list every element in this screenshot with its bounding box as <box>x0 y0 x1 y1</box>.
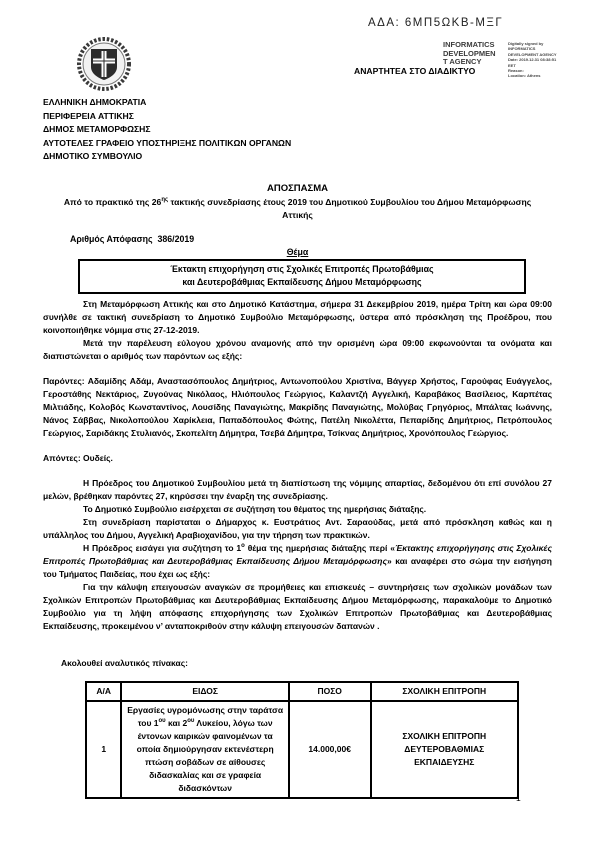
document-title: ΑΠΟΣΠΑΣΜΑ <box>0 183 595 194</box>
table-cell-kind: Εργασίες υγρομόνωσης στην ταράτσα του 1ο… <box>121 701 288 798</box>
letterhead-line-municipality: ΔΗΜΟΣ ΜΕΤΑΜΟΡΦΩΣΗΣ <box>43 123 291 137</box>
subject-line: Έκτακτη επιχορήγηση στις Σχολικές Επιτρο… <box>84 263 520 276</box>
subject-line: και Δευτεροβάθμιας Εκπαίδευσης Δήμου Μετ… <box>84 276 520 289</box>
paragraph-present-members: Παρόντες: Αδαμίδης Αδάμ, Αναστασόπουλος … <box>43 375 552 440</box>
digital-signature-agency: INFORMATICS DEVELOPMEN T AGENCY <box>443 41 505 67</box>
digital-signature-details: Digitally signed by INFORMATICS DEVELOPM… <box>508 41 592 79</box>
paragraph-mayor-attendance: Στη συνεδρίαση παρίσταται ο Δήμαρχος κ. … <box>43 516 552 542</box>
paragraph-session-opening: Στη Μεταμόρφωση Αττικής και στο Δημοτικό… <box>43 298 552 337</box>
paragraph-funding-request: Για την κάλυψη επειγουσών αναγκών σε προ… <box>43 581 552 633</box>
kind-text: Λυκείου, λόγω των έντονων καιρικών φαινο… <box>137 718 274 793</box>
signature-line: Location: Athens <box>508 73 592 78</box>
table-header-row: Α/Α ΕΙΔΟΣ ΠΟΣΟ ΣΧΟΛΙΚΗ ΕΠΙΤΡΟΠΗ <box>86 682 518 701</box>
letterhead-line-republic: ΕΛΛΗΝΙΚΗ ΔΗΜΟΚΡΑΤΙΑ <box>43 96 291 110</box>
document-body: Στη Μεταμόρφωση Αττικής και στο Δημοτικό… <box>43 298 552 670</box>
paragraph-absent-members: Απόντες: Ουδείς. <box>43 452 552 465</box>
publish-notice: ΑΝΑΡΤΗΤΕΑ ΣΤΟ ΔΙΑΔΙΚΤΥΟ <box>354 66 475 76</box>
paragraph-quorum: Η Πρόεδρος του Δημοτικού Συμβουλίου μετά… <box>43 477 552 503</box>
subject-box: Έκτακτη επιχορήγηση στις Σχολικές Επιτρο… <box>78 259 526 294</box>
greek-national-emblem-icon <box>76 36 132 92</box>
topic-text: Η Πρόεδρος εισάγει για συζήτηση το 1 <box>83 543 241 553</box>
page-number: 1 <box>516 793 521 803</box>
funding-table: Α/Α ΕΙΔΟΣ ΠΟΣΟ ΣΧΟΛΙΚΗ ΕΠΙΤΡΟΠΗ 1 Εργασί… <box>85 681 519 799</box>
table-header-committee: ΣΧΟΛΙΚΗ ΕΠΙΤΡΟΠΗ <box>371 682 518 701</box>
table-header-amount: ΠΟΣΟ <box>289 682 371 701</box>
ada-code: ΑΔΑ: 6ΜΠ5ΩΚΒ-ΜΞΓ <box>368 17 503 29</box>
table-header-index: Α/Α <box>86 682 121 701</box>
table-cell-committee: ΣΧΟΛΙΚΗ ΕΠΙΤΡΟΠΗ ΔΕΥΤΕΡΟΒΑΘΜΙΑΣ ΕΚΠΑΙΔΕΥ… <box>371 701 518 798</box>
paragraph-roll-call: Μετά την παρέλευση εύλογου χρόνου αναμον… <box>43 337 552 363</box>
subject-heading: Θέμα <box>0 247 595 257</box>
letterhead-line-office: ΑΥΤΟΤΕΛΕΣ ΓΡΑΦΕΙΟ ΥΠΟΣΤΗΡΙΞΗΣ ΠΟΛΙΤΙΚΩΝ … <box>43 137 291 151</box>
subtitle-text: Από το πρακτικό της 26 <box>64 197 162 207</box>
kind-ordinal-superscript: ου <box>159 718 166 724</box>
table-row: 1 Εργασίες υγρομόνωσης στην ταράτσα του … <box>86 701 518 798</box>
topic-text: θέμα της ημερήσιας διάταξης περί « <box>245 543 395 553</box>
document-page: ΑΔΑ: 6ΜΠ5ΩΚΒ-ΜΞΓ INFORMATICS DEVELOPMEN … <box>0 0 595 842</box>
table-cell-amount: 14.000,00€ <box>289 701 371 798</box>
kind-text: και 2 <box>166 718 188 728</box>
decision-number-label: Αριθμός Απόφασης <box>70 234 153 244</box>
paragraph-table-intro: Ακολουθεί αναλυτικός πίνακας: <box>43 657 552 670</box>
letterhead: ΕΛΛΗΝΙΚΗ ΔΗΜΟΚΡΑΤΙΑ ΠΕΡΙΦΕΡΕΙΑ ΑΤΤΙΚΗΣ Δ… <box>43 96 291 164</box>
table-header-kind: ΕΙΔΟΣ <box>121 682 288 701</box>
decision-number-value: 386/2019 <box>157 234 194 244</box>
document-subtitle: Από το πρακτικό της 26ης τακτικής συνεδρ… <box>60 196 535 222</box>
subtitle-text: τακτικής συνεδρίασης έτους 2019 του Δημο… <box>168 197 531 220</box>
letterhead-line-region: ΠΕΡΙΦΕΡΕΙΑ ΑΤΤΙΚΗΣ <box>43 110 291 124</box>
decision-number: Αριθμός Απόφασης 386/2019 <box>70 234 194 244</box>
paragraph-agenda-start: Το Δημοτικό Συμβούλιο εισέρχεται σε συζή… <box>43 503 552 516</box>
table-cell-index: 1 <box>86 701 121 798</box>
letterhead-line-council: ΔΗΜΟΤΙΚΟ ΣΥΜΒΟΥΛΙΟ <box>43 150 291 164</box>
paragraph-topic-introduction: Η Πρόεδρος εισάγει για συζήτηση το 1ο θέ… <box>43 542 552 581</box>
